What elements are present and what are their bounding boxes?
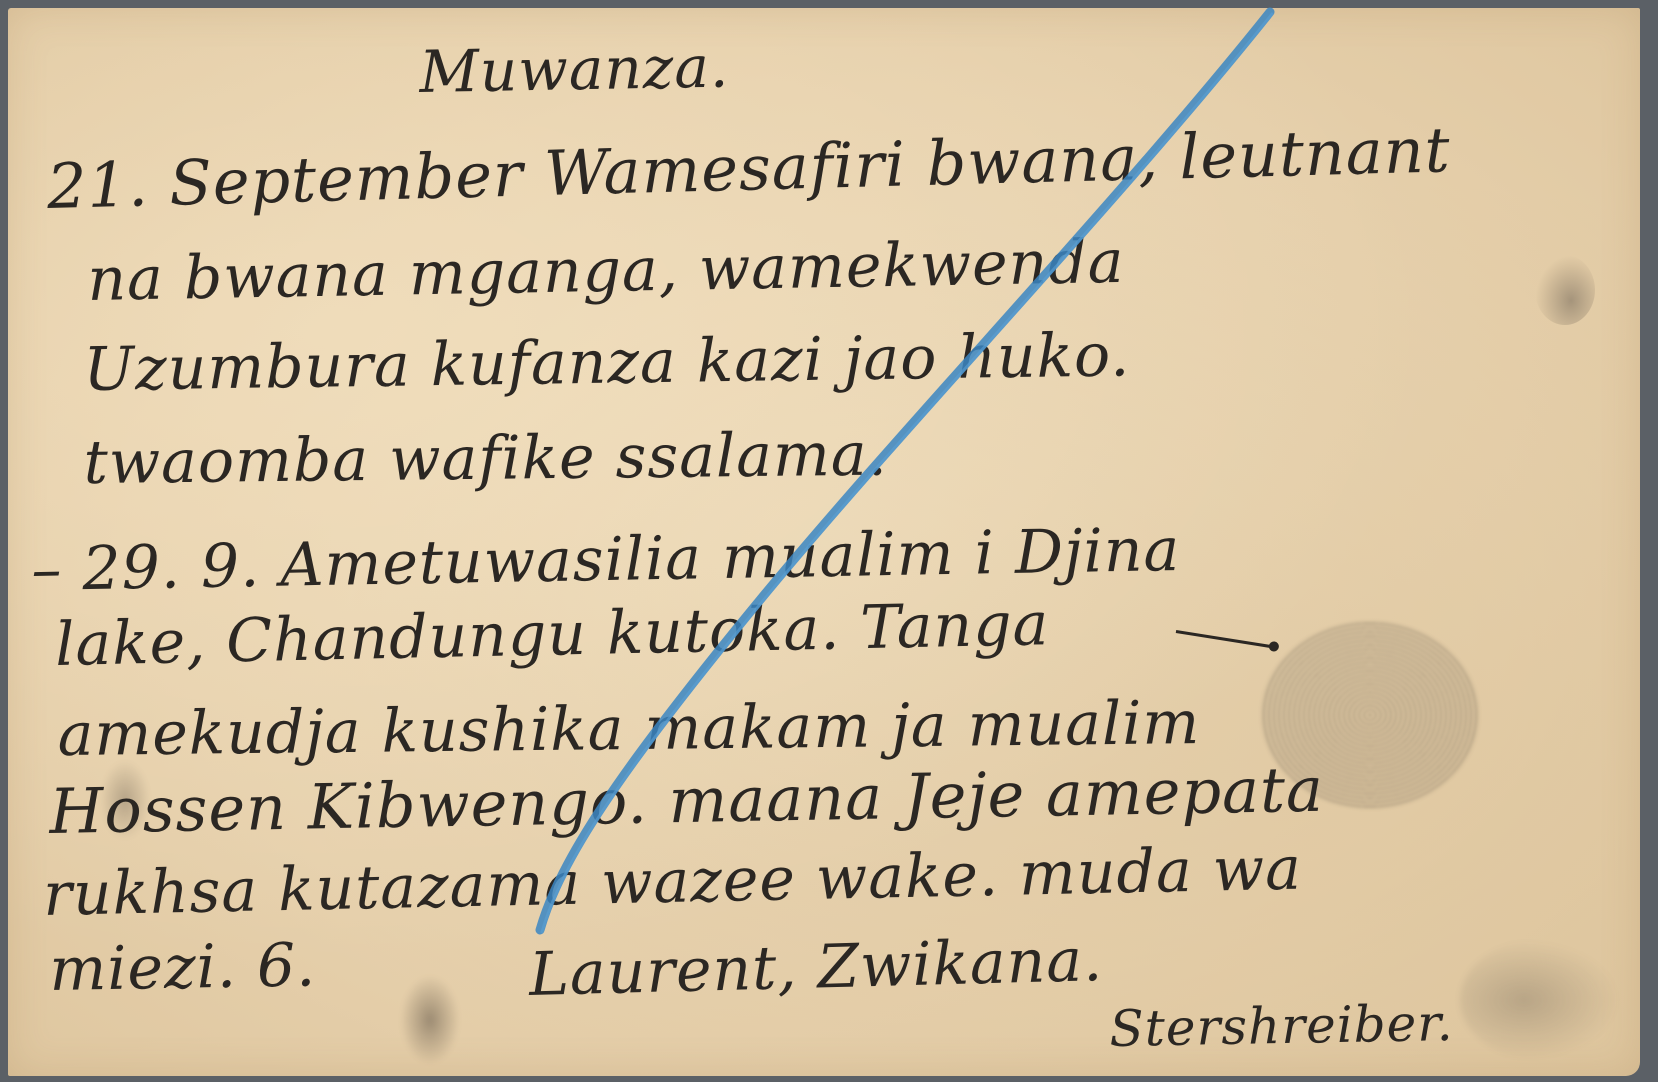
scanned-postcard: Muwanza. 21. September Wamesafiri bwana,… [0, 0, 1658, 1082]
text-line-3: Uzumbura kufanza kazi jao huko. [83, 320, 1131, 405]
text-line-4: twaomba wafike ssalama. [83, 420, 888, 498]
text-line-10: miezi. 6. [49, 930, 317, 1005]
signature-title: Stershreiber. [1109, 994, 1454, 1058]
place-heading: Muwanza. [419, 33, 730, 106]
